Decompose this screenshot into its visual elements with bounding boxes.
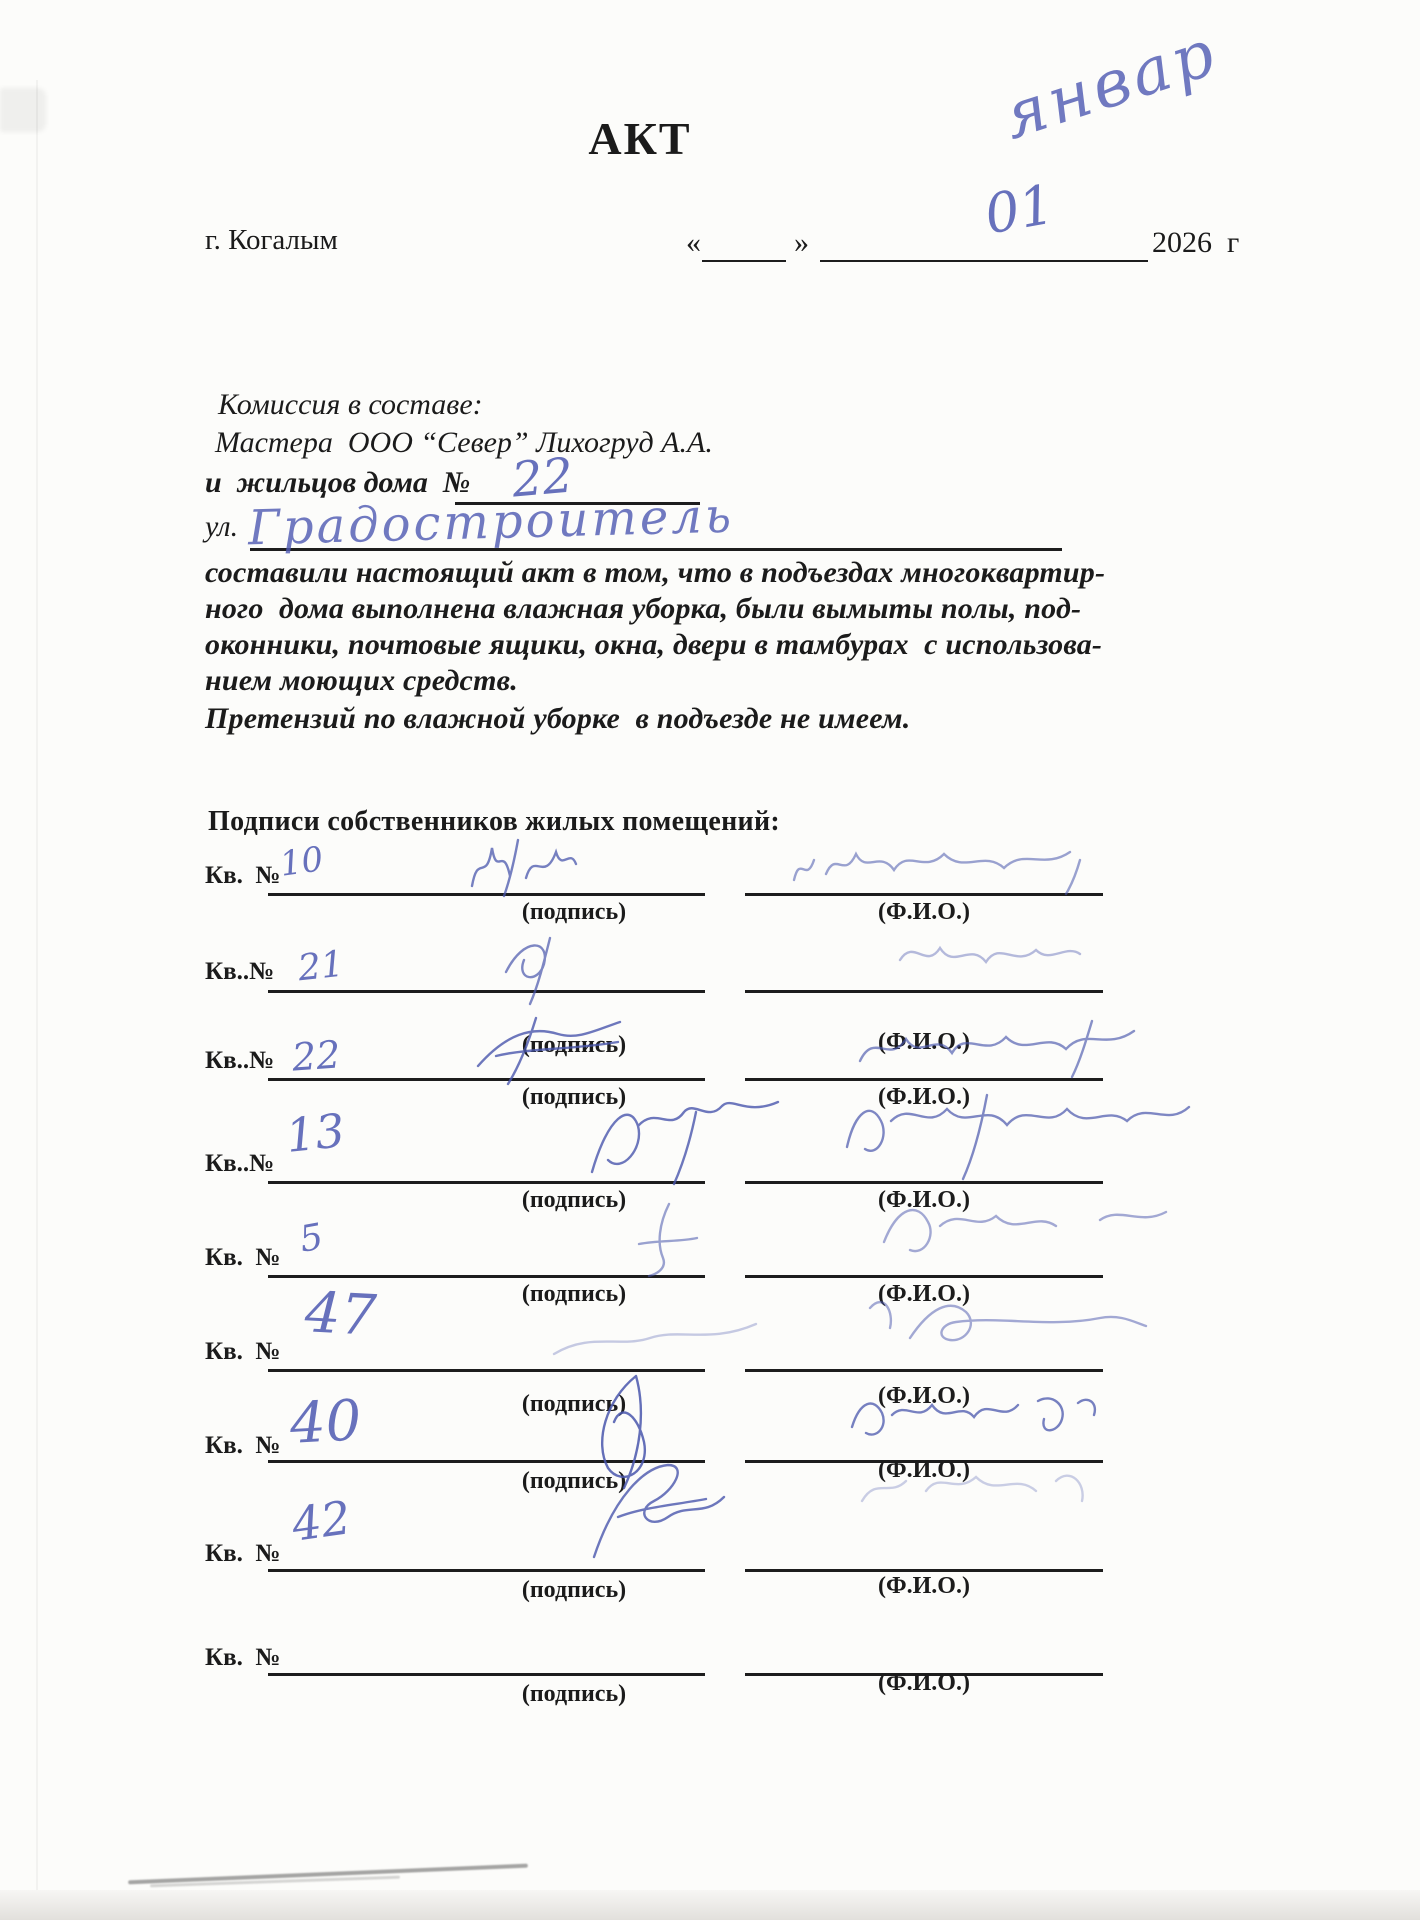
fio-caption: (Ф.И.О.): [745, 1084, 1103, 1111]
signature-blank: [443, 1569, 705, 1572]
apartment-number-label: Кв. №: [205, 862, 281, 890]
podpis-caption: (подпись): [443, 1084, 705, 1111]
handwritten-street: Градостроитель: [247, 488, 734, 557]
date-open-quote: «: [686, 226, 701, 260]
apartment-number-label: Кв. №: [205, 1644, 281, 1672]
handwritten-signature: [492, 928, 582, 1006]
signature-blank: [443, 1369, 705, 1372]
fio-blank: [745, 893, 1103, 896]
signature-blank: [443, 1181, 705, 1184]
document-title: АКТ: [540, 112, 740, 165]
apartment-number-label: Кв..№: [205, 958, 274, 986]
date-day-blank: [702, 260, 786, 262]
apartment-number-label: Кв. №: [205, 1540, 281, 1568]
fio-blank: [745, 1181, 1103, 1184]
commission-line-1: Комиссия в составе:: [218, 388, 483, 422]
scan-smudge-mark: [128, 1864, 528, 1885]
handwritten-apartment-number: 5: [297, 1216, 327, 1260]
handwritten-month: январ: [994, 16, 1227, 155]
podpis-caption: (подпись): [443, 1187, 705, 1214]
apartment-number-label: Кв..№: [205, 1150, 274, 1178]
handwritten-fio: [786, 838, 1111, 898]
podpis-caption: (подпись): [443, 899, 705, 926]
handwritten-day: 01: [980, 173, 1059, 247]
handwritten-signature: [462, 834, 582, 898]
handwritten-apartment-number: 47: [303, 1280, 378, 1349]
handwritten-apartment-number: 21: [296, 944, 346, 990]
podpis-caption: (подпись): [443, 1391, 705, 1418]
street-prefix: ул.: [205, 510, 238, 544]
fio-blank: [745, 1369, 1103, 1372]
signature-blank: [443, 1078, 705, 1081]
fio-caption: (Ф.И.О.): [745, 1281, 1103, 1308]
podpis-caption: (подпись): [443, 1032, 705, 1059]
body-line: Претензий по влажной уборке в подъезде н…: [205, 702, 911, 736]
fio-caption: (Ф.И.О.): [745, 1187, 1103, 1214]
apartment-number-label: Кв..№: [205, 1047, 274, 1075]
fio-caption: (Ф.И.О.): [745, 1457, 1103, 1484]
date-year: 2026 г: [1152, 226, 1239, 260]
fio-blank: [745, 1569, 1103, 1572]
body-line: нием моющих средств.: [205, 664, 518, 698]
podpis-caption: (подпись): [443, 1281, 705, 1308]
signature-blank: [443, 1460, 705, 1463]
scan-bottom-shadow: [0, 1890, 1420, 1920]
fio-caption: (Ф.И.О.): [745, 1029, 1103, 1056]
signature-blank: [443, 990, 705, 993]
handwritten-apartment-number: 40: [288, 1388, 363, 1457]
handwritten-apartment-number: 22: [291, 1032, 342, 1079]
signatures-heading: Подписи собственников жилых помещений:: [208, 806, 780, 838]
body-line: оконники, почтовые ящики, окна, двери в …: [205, 628, 1102, 662]
commission-line-2: Мастера ООО “Север” Лихогруд А.А.: [215, 426, 713, 460]
fio-caption: (Ф.И.О.): [745, 899, 1103, 926]
apartment-number-label: Кв. №: [205, 1244, 281, 1272]
handwritten-apartment-number: 13: [283, 1103, 347, 1163]
signature-blank: [443, 893, 705, 896]
podpis-caption: (подпись): [443, 1577, 705, 1604]
handwritten-apartment-number: 42: [289, 1490, 354, 1552]
body-line: ного дома выполнена влажная уборка, были…: [205, 592, 1081, 626]
scanned-act-document: АКТ январ г. Когалым « » 01 2026 г Комис…: [0, 0, 1420, 1920]
handwritten-fio: [890, 928, 1090, 990]
podpis-caption: (подпись): [443, 1681, 705, 1708]
fio-blank: [745, 1275, 1103, 1278]
scan-edge-artifact: [36, 80, 38, 1920]
body-line: составили настоящий акт в том, что в под…: [205, 556, 1105, 590]
apartment-number-label: Кв. №: [205, 1338, 281, 1366]
handwritten-apartment-number: 10: [277, 839, 325, 885]
handwritten-signature: [548, 1316, 763, 1364]
fio-caption: (Ф.И.О.): [745, 1383, 1103, 1410]
city-label: г. Когалым: [205, 224, 338, 257]
date-month-blank: [820, 260, 1148, 262]
scan-corner-artifact: [0, 88, 46, 132]
signature-blank: [443, 1275, 705, 1278]
fio-caption: (Ф.И.О.): [745, 1670, 1103, 1697]
apartment-number-label: Кв. №: [205, 1432, 281, 1460]
signature-blank: [443, 1673, 705, 1676]
fio-blank: [745, 1078, 1103, 1081]
date-close-quote: »: [794, 226, 809, 260]
fio-caption: (Ф.И.О.): [745, 1573, 1103, 1600]
fio-blank: [745, 990, 1103, 993]
podpis-caption: (подпись): [443, 1468, 705, 1495]
